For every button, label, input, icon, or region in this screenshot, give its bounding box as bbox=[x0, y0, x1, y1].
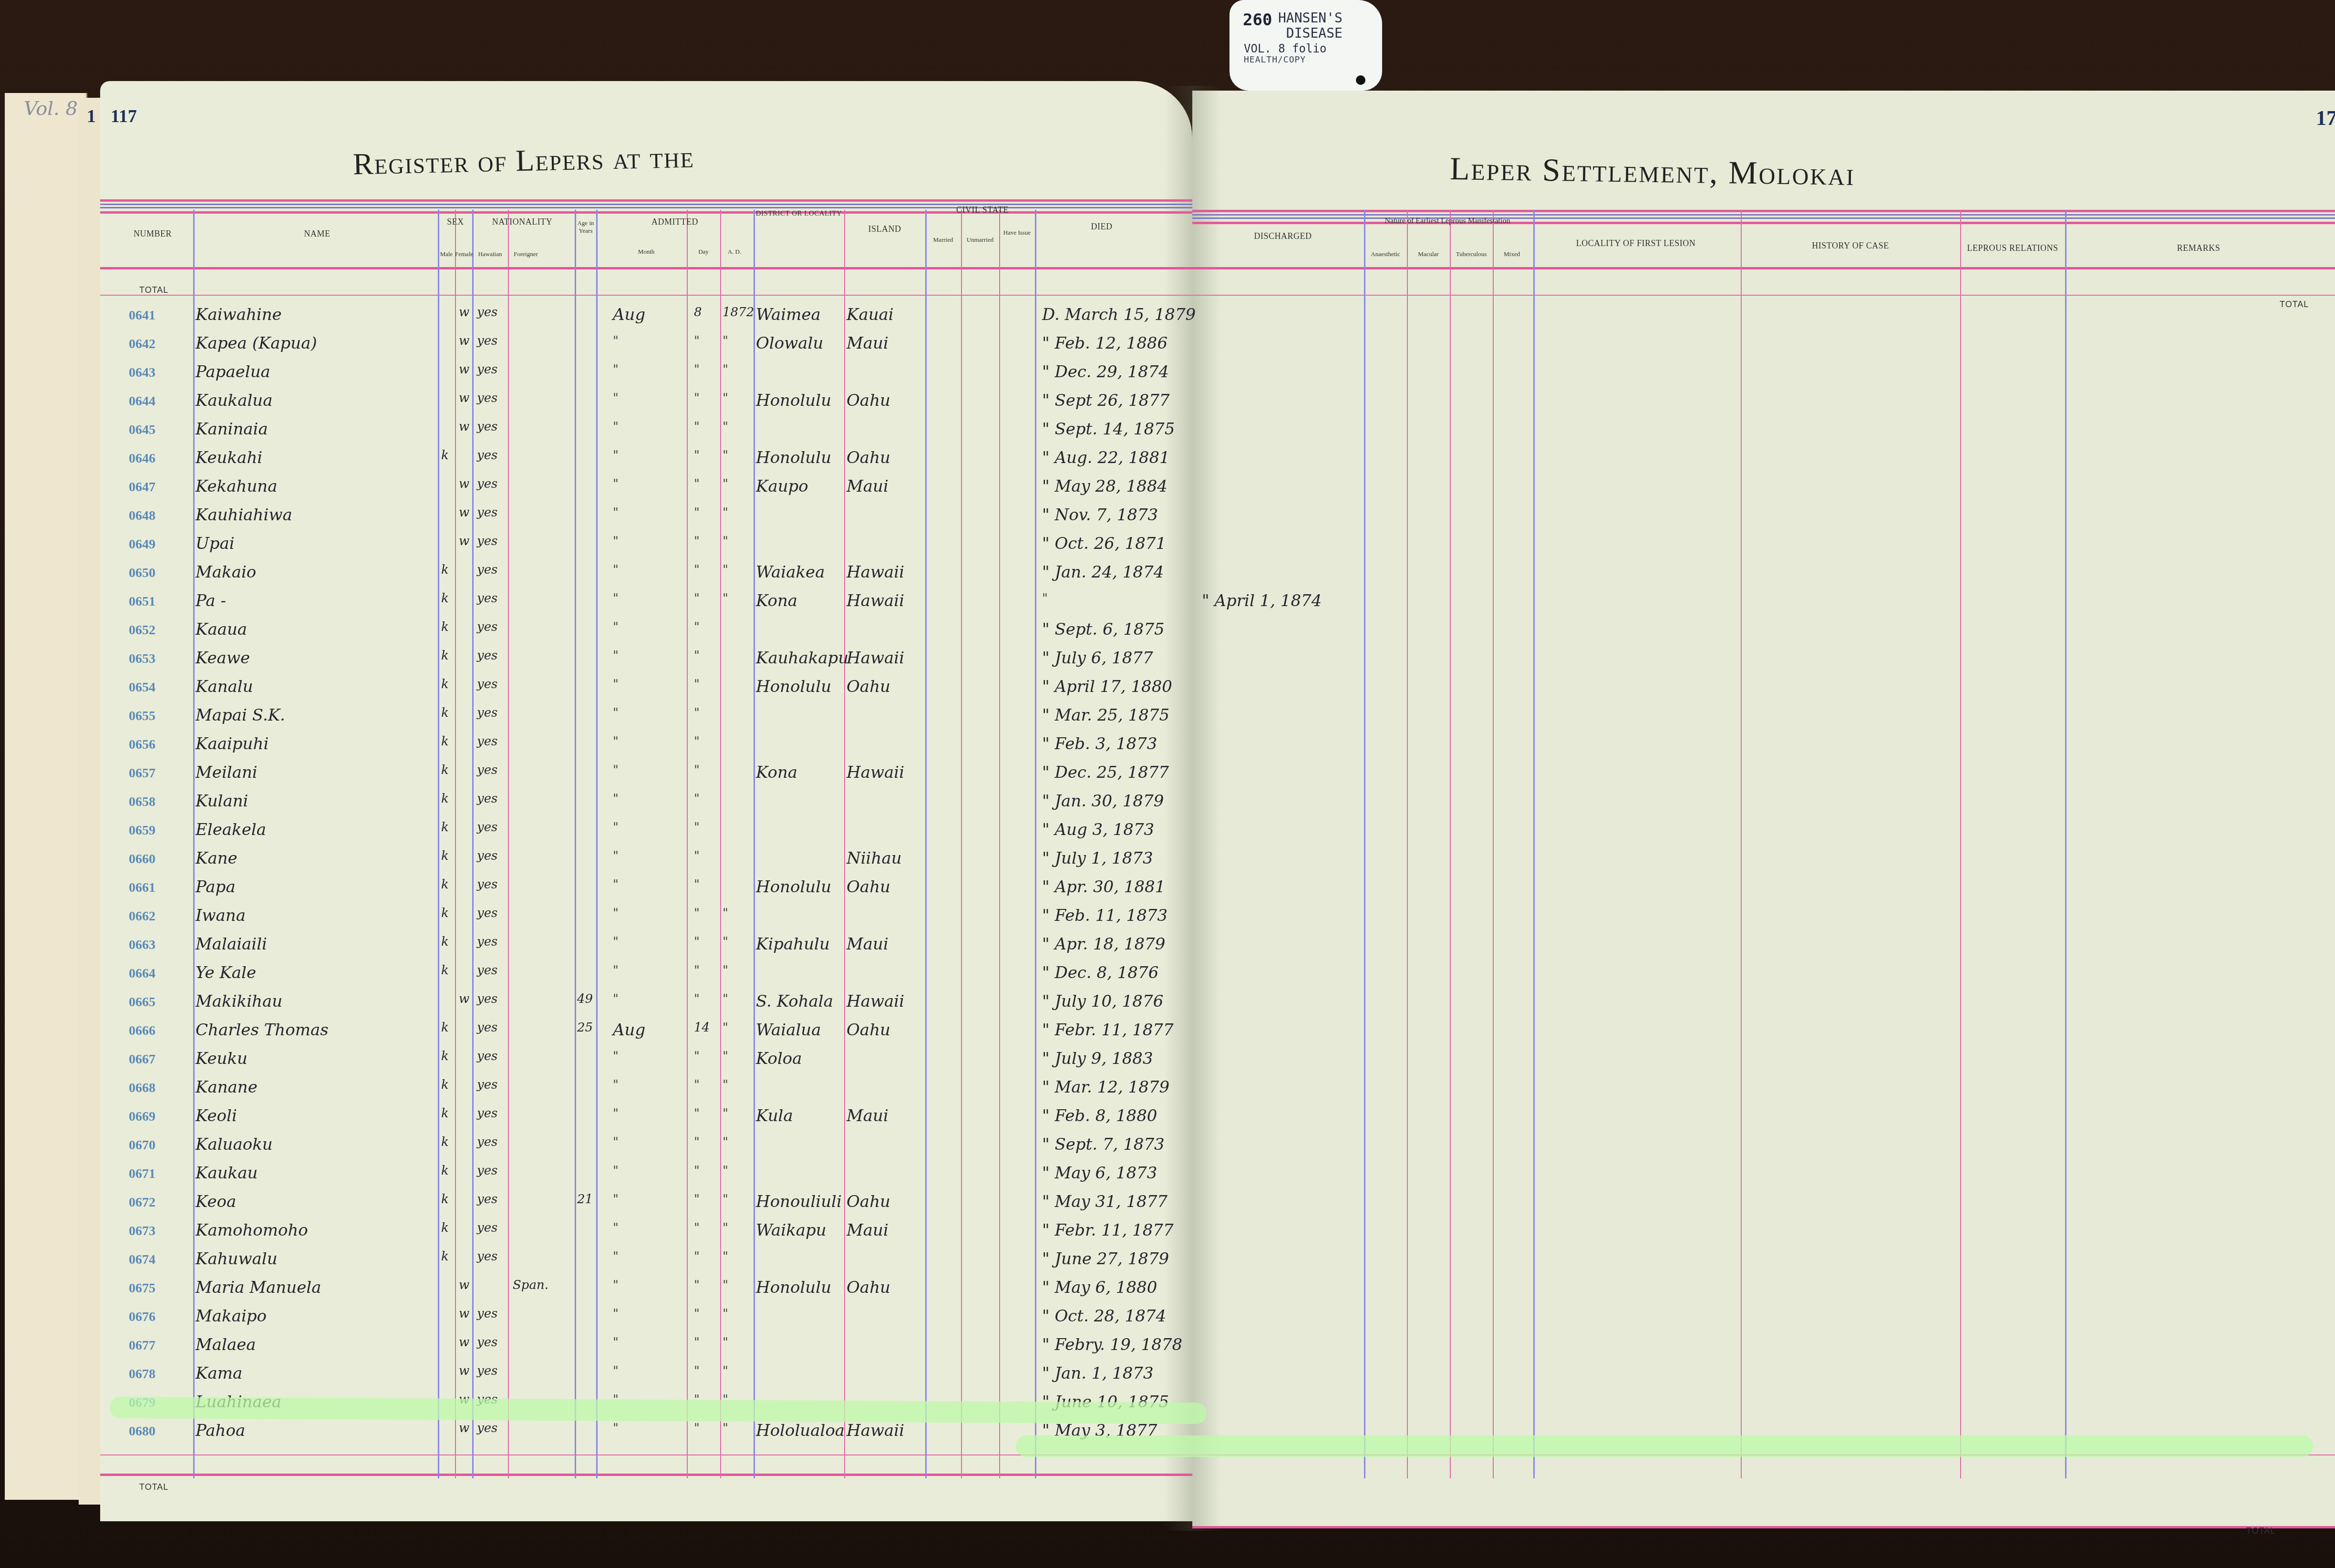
cell-hawaiian: yes bbox=[477, 305, 497, 320]
table-row: 0656Kaaipuhikyes""" Feb. 3, 1873 bbox=[0, 729, 1192, 757]
cell-female: w bbox=[459, 362, 469, 377]
tag-number: 260 bbox=[1243, 10, 1272, 30]
cell-died: " Aug. 22, 1881 bbox=[1042, 448, 1170, 467]
table-row: 0642Kapea (Kapua)wyes"""OlowaluMaui" Feb… bbox=[0, 328, 1192, 357]
cell-island: Hawaii bbox=[847, 992, 904, 1011]
cell-name: Kaluaoku bbox=[196, 1135, 273, 1154]
cell-male: k bbox=[441, 763, 449, 777]
cell-day: " bbox=[694, 1249, 700, 1264]
col-issue-header: Have Issue bbox=[999, 229, 1035, 237]
cell-died: " May 6, 1873 bbox=[1042, 1164, 1157, 1183]
cell-island: Hawaii bbox=[847, 649, 904, 668]
cell-month: " bbox=[613, 391, 619, 405]
cell-year: " bbox=[723, 334, 728, 348]
cell-name: Malaea bbox=[196, 1335, 256, 1354]
cell-month: " bbox=[613, 420, 619, 434]
cell-died: " Sept. 14, 1875 bbox=[1042, 420, 1175, 439]
table-row: 0668Kananekyes"""" Mar. 12, 1879 bbox=[0, 1072, 1192, 1101]
cell-year: 1872 bbox=[723, 305, 754, 320]
cell-male: k bbox=[441, 734, 449, 749]
table-row: 0664Ye Kalekyes"""" Dec. 8, 1876 bbox=[0, 958, 1192, 986]
cell-name: Kapea (Kapua) bbox=[196, 334, 317, 353]
table-row: 0649Upaiwyes"""" Oct. 26, 1871 bbox=[0, 528, 1192, 557]
cell-hawaiian: yes bbox=[477, 448, 497, 463]
column-rule bbox=[1533, 210, 1535, 1478]
table-row: 0651Pa -kyes"""KonaHawaii"" April 1, 187… bbox=[0, 586, 1192, 614]
cell-female: w bbox=[459, 1335, 469, 1350]
cell-island: Oahu bbox=[847, 1021, 890, 1040]
table-row: 0666Charles Thomaskyes25Aug14"WaialuaOah… bbox=[0, 1015, 1192, 1043]
page-title-left: Register of Lepers at the bbox=[352, 140, 694, 182]
cell-name: Makaipo bbox=[196, 1307, 267, 1326]
stack-page-number: 1 bbox=[87, 106, 96, 127]
cell-num: 0647 bbox=[129, 480, 155, 495]
cell-month: " bbox=[613, 792, 619, 806]
cell-island: Oahu bbox=[847, 1192, 890, 1211]
cell-year: " bbox=[723, 591, 728, 606]
cell-year: " bbox=[723, 1421, 728, 1435]
cell-died: " Febr. 11, 1877 bbox=[1042, 1221, 1174, 1240]
cell-female: w bbox=[459, 992, 469, 1006]
cell-female: w bbox=[459, 1307, 469, 1321]
cell-male: k bbox=[441, 906, 449, 920]
cell-name: Kaukalua bbox=[196, 391, 272, 410]
col-macular-header: Macular bbox=[1407, 250, 1450, 258]
table-row: 0647Kekahunawyes"""KaupoMaui" May 28, 18… bbox=[0, 471, 1192, 500]
cell-name: Iwana bbox=[196, 906, 246, 925]
table-row: 0652Kaauakyes""" Sept. 6, 1875 bbox=[0, 614, 1192, 643]
cell-day: " bbox=[694, 477, 700, 491]
cell-hawaiian: yes bbox=[477, 505, 497, 520]
cell-hawaiian: yes bbox=[477, 820, 497, 835]
cell-year: " bbox=[723, 1078, 728, 1092]
cell-name: Papaelua bbox=[196, 362, 270, 382]
cell-year: " bbox=[723, 1021, 728, 1035]
cell-day: " bbox=[694, 820, 700, 835]
cell-num: 0675 bbox=[129, 1281, 155, 1296]
cell-year: " bbox=[723, 1249, 728, 1264]
cell-name: Keuku bbox=[196, 1049, 248, 1068]
cell-hawaiian: yes bbox=[477, 963, 497, 978]
footer-rule-left bbox=[100, 1474, 1192, 1476]
cell-died: " Dec. 29, 1874 bbox=[1042, 362, 1169, 382]
cell-hawaiian: yes bbox=[477, 1192, 497, 1207]
table-row: 0671Kaukaukyes"""" May 6, 1873 bbox=[0, 1158, 1192, 1186]
cell-year: " bbox=[723, 1106, 728, 1121]
table-row: 0670Kaluaokukyes"""" Sept. 7, 1873 bbox=[0, 1129, 1192, 1158]
cell-hawaiian: yes bbox=[477, 1078, 497, 1092]
cell-num: 0674 bbox=[129, 1252, 155, 1268]
cell-female: w bbox=[459, 334, 469, 348]
cell-hawaiian: yes bbox=[477, 792, 497, 806]
total-label-bottom-left: TOTAL bbox=[139, 1482, 168, 1492]
cell-day: " bbox=[694, 505, 700, 520]
cell-month: " bbox=[613, 1049, 619, 1063]
table-row: 0646Keukahikyes"""HonoluluOahu" Aug. 22,… bbox=[0, 443, 1192, 471]
col-nature-header: Nature of Earliest Leprous Manifestation bbox=[1364, 217, 1531, 226]
cell-died: " Sept. 7, 1873 bbox=[1042, 1135, 1165, 1154]
cell-num: 0653 bbox=[129, 651, 155, 667]
col-died-header: Died bbox=[1040, 222, 1164, 232]
cell-island: Hawaii bbox=[847, 563, 904, 582]
cell-hawaiian: yes bbox=[477, 734, 497, 749]
cell-year: " bbox=[723, 963, 728, 978]
cell-hawaiian: yes bbox=[477, 1421, 497, 1435]
col-sex-header: Sex bbox=[439, 217, 472, 227]
cell-hawaiian: yes bbox=[477, 563, 497, 577]
tag-volume: VOL. 8 folio bbox=[1244, 42, 1326, 55]
cell-month: " bbox=[613, 877, 619, 892]
cell-hawaiian: yes bbox=[477, 334, 497, 348]
cell-name: Kulani bbox=[196, 792, 248, 811]
cell-name: Meilani bbox=[196, 763, 258, 782]
cell-month: " bbox=[613, 448, 619, 463]
col-island-header: Island bbox=[844, 224, 925, 234]
cell-died: " Apr. 18, 1879 bbox=[1042, 935, 1165, 954]
col-tuberculous-header: Tuberculous bbox=[1450, 250, 1493, 258]
cell-year: " bbox=[723, 563, 728, 577]
col-nationality-header: Nationality bbox=[472, 217, 572, 227]
cell-male: k bbox=[441, 935, 449, 949]
cell-month: " bbox=[613, 763, 619, 777]
cell-male: k bbox=[441, 1078, 449, 1092]
cell-day: " bbox=[694, 1192, 700, 1207]
cell-month: " bbox=[613, 1421, 619, 1435]
cell-district: Hololualoa bbox=[756, 1421, 845, 1440]
cell-name: Kaninaia bbox=[196, 420, 268, 439]
cell-name: Makaio bbox=[196, 563, 256, 582]
column-rule bbox=[2065, 210, 2066, 1478]
cell-name: Kanane bbox=[196, 1078, 258, 1097]
cell-day: " bbox=[694, 362, 700, 377]
cell-female: w bbox=[459, 477, 469, 491]
col-civil-state-header: Civil State bbox=[925, 205, 1040, 215]
cell-num: 0641 bbox=[129, 308, 155, 323]
cell-died: " June 27, 1879 bbox=[1042, 1249, 1169, 1269]
cell-died: " Apr. 30, 1881 bbox=[1042, 877, 1165, 897]
cell-island: Maui bbox=[847, 1221, 889, 1240]
cell-female: w bbox=[459, 305, 469, 320]
column-rule bbox=[1450, 210, 1451, 1478]
cell-island: Maui bbox=[847, 334, 889, 353]
cell-male: k bbox=[441, 1049, 449, 1063]
cell-hawaiian: yes bbox=[477, 420, 497, 434]
cell-hawaiian: yes bbox=[477, 706, 497, 720]
cell-female: w bbox=[459, 1278, 469, 1292]
margin-note: Vol. 8 bbox=[24, 98, 78, 120]
cell-island: Maui bbox=[847, 935, 889, 954]
archive-tag: 260 HANSEN'S DISEASE VOL. 8 folio HEALTH… bbox=[1229, 0, 1382, 91]
cell-died: " Feb. 8, 1880 bbox=[1042, 1106, 1157, 1125]
cell-name: Ye Kale bbox=[196, 963, 256, 982]
cell-month: " bbox=[613, 1135, 619, 1149]
cell-died: " Oct. 28, 1874 bbox=[1042, 1307, 1166, 1326]
cell-month: " bbox=[613, 677, 619, 691]
cell-day: " bbox=[694, 963, 700, 978]
cell-died: " Nov. 7, 1873 bbox=[1042, 505, 1158, 525]
cell-district: Honolulu bbox=[756, 448, 831, 467]
cell-day: 8 bbox=[694, 305, 702, 320]
cell-died: " bbox=[1042, 591, 1048, 606]
cell-died: " July 10, 1876 bbox=[1042, 992, 1163, 1011]
table-row: 0657Meilanikyes""KonaHawaii" Dec. 25, 18… bbox=[0, 757, 1192, 786]
table-row: 0676Makaipowyes"""" Oct. 28, 1874 bbox=[0, 1301, 1192, 1330]
cell-hawaiian: yes bbox=[477, 763, 497, 777]
table-row: 0669Keolikyes"""KulaMaui" Feb. 8, 1880 bbox=[0, 1101, 1192, 1129]
cell-hawaiian: yes bbox=[477, 620, 497, 634]
cell-month: " bbox=[613, 1106, 619, 1121]
cell-district: Waialua bbox=[756, 1021, 821, 1040]
cell-island: Oahu bbox=[847, 391, 890, 410]
table-row: 0661Papakyes""HonoluluOahu" Apr. 30, 188… bbox=[0, 872, 1192, 900]
cell-name: Kane bbox=[196, 849, 238, 868]
table-row: 0643Papaeluawyes"""" Dec. 29, 1874 bbox=[0, 357, 1192, 385]
cell-num: 0661 bbox=[129, 880, 155, 896]
col-remarks-header: Remarks bbox=[2065, 243, 2332, 253]
cell-month: " bbox=[613, 1221, 619, 1235]
cell-num: 0650 bbox=[129, 566, 155, 581]
table-row: 0665Makikihauwyes49"""S. KohalaHawaii" J… bbox=[0, 986, 1192, 1015]
cell-year: " bbox=[723, 992, 728, 1006]
cell-died: " July 6, 1877 bbox=[1042, 649, 1153, 668]
cell-island: Maui bbox=[847, 477, 889, 496]
table-row: 0675Maria ManuelawSpan."""HonoluluOahu" … bbox=[0, 1272, 1192, 1301]
cell-island: Oahu bbox=[847, 1278, 890, 1297]
table-row: 0645Kaninaiawyes"""" Sept. 14, 1875 bbox=[0, 414, 1192, 443]
cell-day: " bbox=[694, 534, 700, 548]
cell-male: k bbox=[441, 591, 449, 606]
table-row: 0641KaiwahinewyesAug81872WaimeaKauaiD. M… bbox=[0, 299, 1192, 328]
cell-day: " bbox=[694, 734, 700, 749]
cell-died: " May 28, 1884 bbox=[1042, 477, 1167, 496]
right-page-number: 17 bbox=[2316, 106, 2335, 130]
cell-died: D. March 15, 1879 bbox=[1042, 305, 1196, 324]
cell-day: " bbox=[694, 1421, 700, 1435]
cell-hawaiian: yes bbox=[477, 1049, 497, 1063]
cell-island: Oahu bbox=[847, 677, 890, 696]
cell-month: " bbox=[613, 620, 619, 634]
cell-name: Kaaua bbox=[196, 620, 247, 639]
col-unmarried-header: Unmarried bbox=[961, 236, 999, 244]
cell-island: Hawaii bbox=[847, 591, 904, 610]
cell-month: " bbox=[613, 505, 619, 520]
cell-male: k bbox=[441, 877, 449, 892]
cell-year: " bbox=[723, 1307, 728, 1321]
column-rule bbox=[1960, 210, 1961, 1478]
cell-num: 0676 bbox=[129, 1310, 155, 1325]
cell-num: 0657 bbox=[129, 766, 155, 781]
cell-month: " bbox=[613, 334, 619, 348]
cell-name: Kauhiahiwa bbox=[196, 505, 292, 525]
cell-year: " bbox=[723, 1164, 728, 1178]
col-male-header: Male bbox=[438, 250, 455, 258]
cell-died: " May 6, 1880 bbox=[1042, 1278, 1157, 1297]
cell-num: 0648 bbox=[129, 508, 155, 524]
cell-year: " bbox=[723, 534, 728, 548]
cell-died: " Mar. 25, 1875 bbox=[1042, 706, 1169, 725]
cell-num: 0644 bbox=[129, 394, 155, 409]
cell-num: 0652 bbox=[129, 623, 155, 638]
cell-month: " bbox=[613, 820, 619, 835]
cell-died: " Jan. 24, 1874 bbox=[1042, 563, 1164, 582]
cell-male: k bbox=[441, 849, 449, 863]
cell-district: Honolulu bbox=[756, 391, 831, 410]
cell-died: " Sept. 6, 1875 bbox=[1042, 620, 1165, 639]
cell-num: 0665 bbox=[129, 995, 155, 1010]
cell-num: 0666 bbox=[129, 1023, 155, 1039]
cell-num: 0673 bbox=[129, 1224, 155, 1239]
cell-district: Waiakea bbox=[756, 563, 825, 582]
col-age-header: Age in Years bbox=[576, 219, 595, 235]
cell-name: Kama bbox=[196, 1364, 242, 1383]
cell-died: " Dec. 8, 1876 bbox=[1042, 963, 1158, 982]
table-row: 0650Makaiokyes"""WaiakeaHawaii" Jan. 24,… bbox=[0, 557, 1192, 586]
cell-name: Pa - bbox=[196, 591, 226, 610]
total-label-top-right: TOTAL bbox=[2280, 299, 2309, 309]
cell-island: Kauai bbox=[847, 305, 894, 324]
cell-month: " bbox=[613, 563, 619, 577]
cell-day: " bbox=[694, 591, 700, 606]
footer-rule-right bbox=[1192, 1526, 2335, 1528]
cell-died: " April 17, 1880 bbox=[1042, 677, 1172, 696]
cell-day: " bbox=[694, 992, 700, 1006]
cell-month: " bbox=[613, 1249, 619, 1264]
table-row: 0678Kamawyes"""" Jan. 1, 1873 bbox=[0, 1358, 1192, 1387]
cell-hawaiian: yes bbox=[477, 1106, 497, 1121]
cell-hawaiian: yes bbox=[477, 935, 497, 949]
cell-hawaiian: yes bbox=[477, 534, 497, 548]
cell-age: 25 bbox=[577, 1021, 593, 1035]
cell-month: " bbox=[613, 649, 619, 663]
cell-num: 0667 bbox=[129, 1052, 155, 1067]
total-rule-top bbox=[100, 295, 2335, 296]
cell-year: " bbox=[723, 1192, 728, 1207]
cell-month: " bbox=[613, 591, 619, 606]
cell-male: k bbox=[441, 1135, 449, 1149]
cell-district: Honolulu bbox=[756, 677, 831, 696]
cell-day: 14 bbox=[694, 1021, 710, 1035]
cell-died: " Mar. 12, 1879 bbox=[1042, 1078, 1169, 1097]
cell-male: k bbox=[441, 963, 449, 978]
col-history-header: History of Case bbox=[1741, 241, 1960, 251]
cell-hawaiian: yes bbox=[477, 1335, 497, 1350]
cell-island: Niihau bbox=[847, 849, 902, 868]
cell-male: k bbox=[441, 1164, 449, 1178]
cell-district: S. Kohala bbox=[756, 992, 833, 1011]
cell-day: " bbox=[694, 1164, 700, 1178]
cell-day: " bbox=[694, 649, 700, 663]
cell-male: k bbox=[441, 792, 449, 806]
cell-num: 0660 bbox=[129, 852, 155, 867]
cell-district: Kona bbox=[756, 763, 797, 782]
col-admitted-header: Admitted bbox=[596, 217, 754, 227]
cell-hawaiian: yes bbox=[477, 877, 497, 892]
table-row: 0673Kamohomohokyes"""WaikapuMaui" Febr. … bbox=[0, 1215, 1192, 1244]
cell-name: Kekahuna bbox=[196, 477, 277, 496]
col-married-header: Married bbox=[925, 236, 961, 244]
table-row: 0658Kulanikyes""" Jan. 30, 1879 bbox=[0, 786, 1192, 815]
cell-name: Malaiaili bbox=[196, 935, 267, 954]
cell-day: " bbox=[694, 792, 700, 806]
cell-died: " July 1, 1873 bbox=[1042, 849, 1153, 868]
cell-name: Kamohomoho bbox=[196, 1221, 308, 1240]
cell-year: " bbox=[723, 906, 728, 920]
cell-name: Keoli bbox=[196, 1106, 237, 1125]
cell-age: 49 bbox=[577, 992, 593, 1006]
cell-day: " bbox=[694, 763, 700, 777]
cell-year: " bbox=[723, 1364, 728, 1378]
cell-name: Keoa bbox=[196, 1192, 236, 1211]
table-row: 0667Keukukyes"""Koloa" July 9, 1883 bbox=[0, 1043, 1192, 1072]
table-row: 0674Kahuwalukyes"""" June 27, 1879 bbox=[0, 1244, 1192, 1272]
cell-num: 0649 bbox=[129, 537, 155, 552]
column-rule bbox=[1741, 210, 1742, 1478]
cell-name: Pahoa bbox=[196, 1421, 245, 1440]
cell-discharged: " April 1, 1874 bbox=[1202, 591, 1322, 610]
cell-hawaiian: yes bbox=[477, 1307, 497, 1321]
cell-year: " bbox=[723, 1135, 728, 1149]
column-rule bbox=[1364, 210, 1365, 1478]
cell-day: " bbox=[694, 1364, 700, 1378]
cell-hawaiian: yes bbox=[477, 391, 497, 405]
cell-name: Kanalu bbox=[196, 677, 253, 696]
cell-month: Aug bbox=[613, 305, 645, 324]
cell-num: 0680 bbox=[129, 1424, 155, 1439]
cell-died: " Febry. 19, 1878 bbox=[1042, 1335, 1182, 1354]
cell-day: " bbox=[694, 563, 700, 577]
tag-title: HANSEN'S DISEASE bbox=[1278, 10, 1343, 41]
cell-island: Hawaii bbox=[847, 763, 904, 782]
cell-month: " bbox=[613, 906, 619, 920]
cell-died: " Febr. 11, 1877 bbox=[1042, 1021, 1174, 1040]
cell-num: 0670 bbox=[129, 1138, 155, 1153]
cell-month: " bbox=[613, 935, 619, 949]
cell-district: Waikapu bbox=[756, 1221, 827, 1240]
col-discharged-header: Discharged bbox=[1202, 231, 1364, 241]
left-page-number: 117 bbox=[111, 106, 137, 127]
highlight-marker-2 bbox=[1016, 1435, 2313, 1457]
cell-hawaiian: yes bbox=[477, 649, 497, 663]
cell-male: k bbox=[441, 1021, 449, 1035]
tag-title-line2: DISEASE bbox=[1286, 25, 1343, 41]
table-row: 0662Iwanakyes"""" Feb. 11, 1873 bbox=[0, 900, 1192, 929]
cell-num: 0651 bbox=[129, 594, 155, 609]
cell-month: " bbox=[613, 963, 619, 978]
cell-num: 0659 bbox=[129, 823, 155, 838]
cell-num: 0646 bbox=[129, 451, 155, 466]
cell-hawaiian: yes bbox=[477, 1221, 497, 1235]
cell-month: " bbox=[613, 992, 619, 1006]
cell-num: 0645 bbox=[129, 423, 155, 438]
cell-island: Oahu bbox=[847, 448, 890, 467]
cell-died: " Feb. 3, 1873 bbox=[1042, 734, 1157, 753]
cell-district: Kipahulu bbox=[756, 935, 830, 954]
column-rule bbox=[1407, 210, 1408, 1478]
cell-district: Honolulu bbox=[756, 877, 831, 897]
cell-month: " bbox=[613, 1364, 619, 1378]
cell-hawaiian: yes bbox=[477, 1164, 497, 1178]
col-foreigner-header: Foreigner bbox=[508, 250, 544, 258]
cell-year: " bbox=[723, 420, 728, 434]
cell-island: Maui bbox=[847, 1106, 889, 1125]
cell-district: Kauhakapu bbox=[756, 649, 848, 668]
table-row: 0653Keawekyes""KauhakapuHawaii" July 6, … bbox=[0, 643, 1192, 671]
cell-died: " Oct. 26, 1871 bbox=[1042, 534, 1166, 553]
table-row: 0655Mapai S.K.kyes""" Mar. 25, 1875 bbox=[0, 700, 1192, 729]
page-title-right: Leper Settlement, Molokai bbox=[1449, 150, 1855, 193]
cell-year: " bbox=[723, 1049, 728, 1063]
cell-year: " bbox=[723, 1335, 728, 1350]
